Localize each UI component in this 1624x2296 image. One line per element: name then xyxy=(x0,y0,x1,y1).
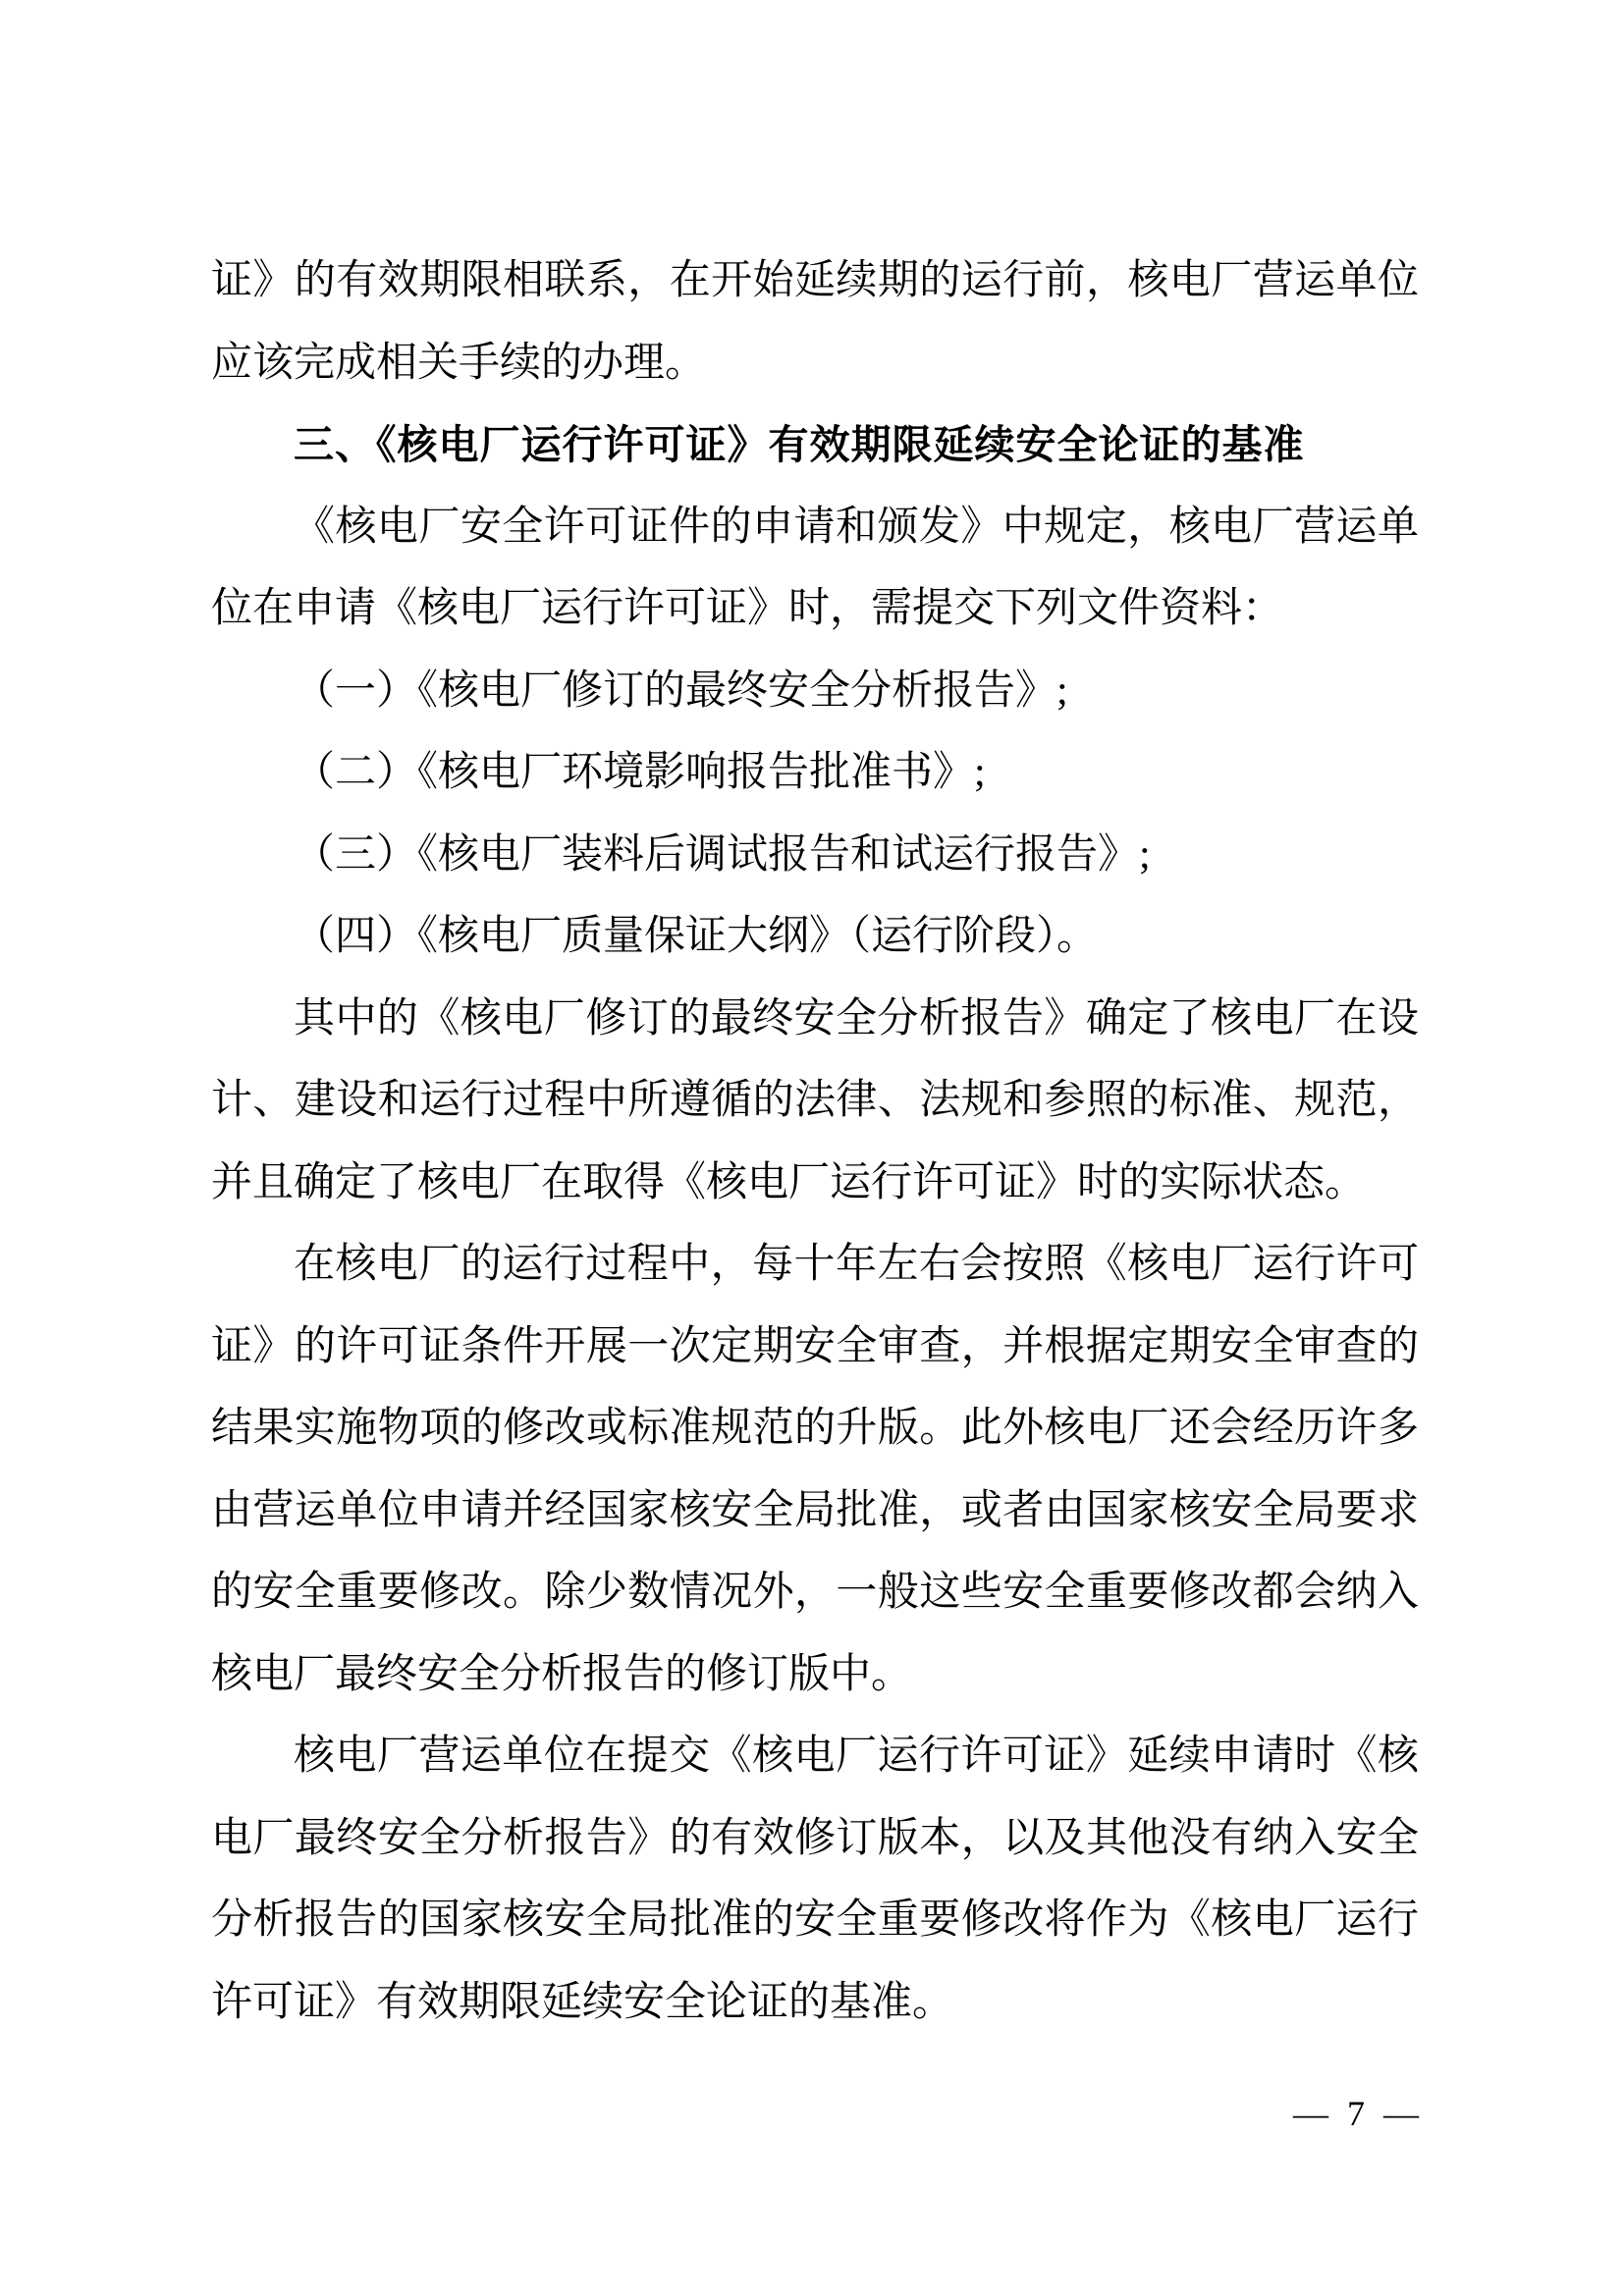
text-line: 的安全重要修改。除少数情况外，一般这些安全重要修改都会纳入 xyxy=(211,1552,1419,1634)
list-item: （二）《核电厂环境影响报告批准书》; xyxy=(211,732,1419,815)
text-line: 核电厂最终安全分析报告的修订版中。 xyxy=(211,1634,1419,1717)
text-line: 核电厂营运单位在提交《核电厂运行许可证》延续申请时《核 xyxy=(211,1716,1419,1798)
text-line: 计、建设和运行过程中所遵循的法律、法规和参照的标准、规范， xyxy=(211,1060,1419,1143)
list-item: （一）《核电厂修订的最终安全分析报告》; xyxy=(211,651,1419,733)
list-item: （四）《核电厂质量保证大纲》（运行阶段）。 xyxy=(211,896,1419,979)
text-line: 结果实施物项的修改或标准规范的升版。此外核电厂还会经历许多 xyxy=(211,1388,1419,1470)
page-number: — 7 — xyxy=(211,2089,1419,2138)
text-block: 证》的有效期限相联系，在开始延续期的运行前，核电厂营运单位 应该完成相关手续的办… xyxy=(211,240,1419,2044)
text-line: 电厂最终安全分析报告》的有效修订版本，以及其他没有纳入安全 xyxy=(211,1798,1419,1881)
text-line: 《核电厂安全许可证件的申请和颁发》中规定，核电厂营运单 xyxy=(211,487,1419,569)
text-line: 分析报告的国家核安全局批准的安全重要修改将作为《核电厂运行 xyxy=(211,1880,1419,1962)
text-line: 并且确定了核电厂在取得《核电厂运行许可证》时的实际状态。 xyxy=(211,1143,1419,1225)
text-line: 其中的《核电厂修订的最终安全分析报告》确定了核电厂在设 xyxy=(211,979,1419,1061)
text-line: 由营运单位申请并经国家核安全局批准，或者由国家核安全局要求 xyxy=(211,1470,1419,1553)
text-line: 应该完成相关手续的办理。 xyxy=(211,323,1419,405)
list-item: （三）《核电厂装料后调试报告和试运行报告》; xyxy=(211,815,1419,897)
text-line: 位在申请《核电厂运行许可证》时，需提交下列文件资料： xyxy=(211,568,1419,651)
text-line: 证》的许可证条件开展一次定期安全审查，并根据定期安全审查的 xyxy=(211,1307,1419,1389)
text-line: 许可证》有效期限延续安全论证的基准。 xyxy=(211,1962,1419,2045)
text-line: 在核电厂的运行过程中，每十年左右会按照《核电厂运行许可 xyxy=(211,1224,1419,1307)
section-heading: 三、《核电厂运行许可证》有效期限延续安全论证的基准 xyxy=(211,404,1419,487)
text-line: 证》的有效期限相联系，在开始延续期的运行前，核电厂营运单位 xyxy=(211,240,1419,323)
document-page: 证》的有效期限相联系，在开始延续期的运行前，核电厂营运单位 应该完成相关手续的办… xyxy=(0,0,1624,2296)
